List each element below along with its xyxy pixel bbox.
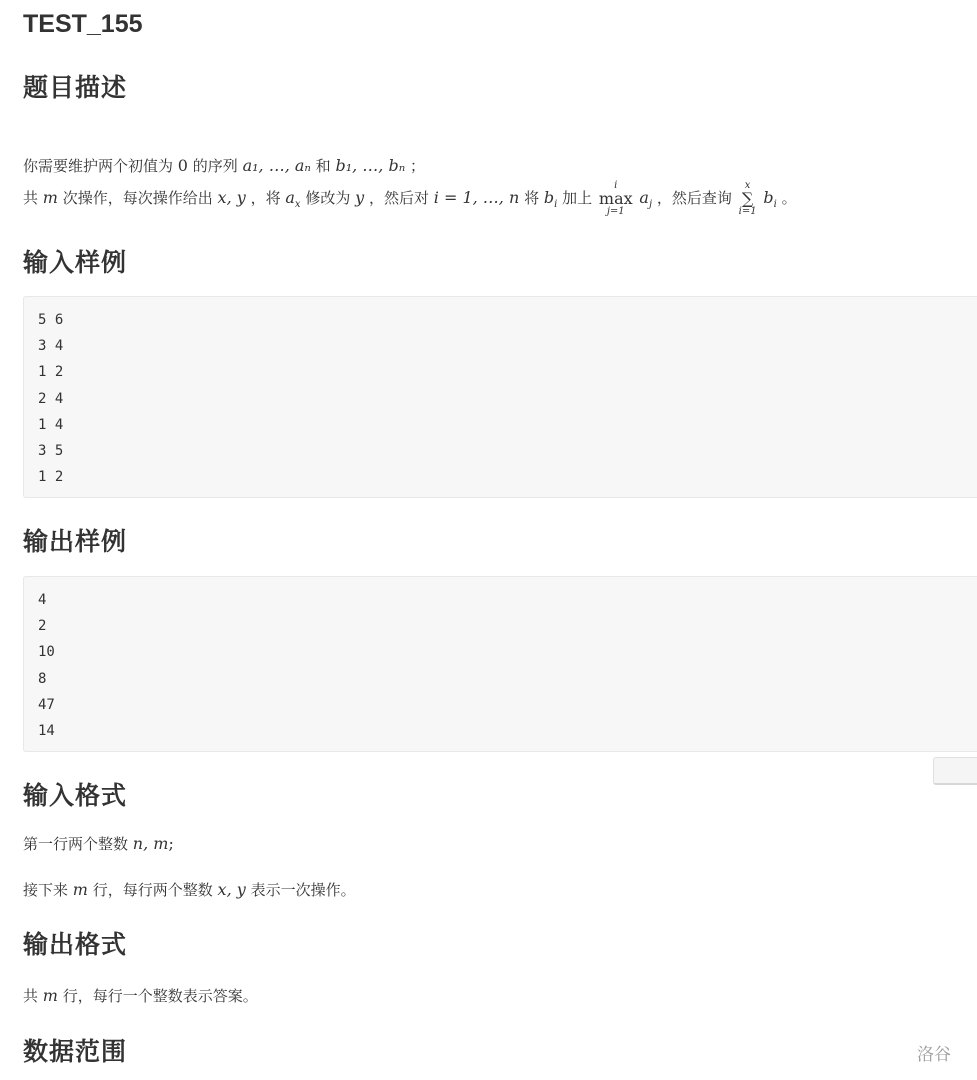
code-line: 14: [38, 718, 969, 744]
copy-button[interactable]: [933, 757, 977, 785]
code-line: 5 6: [38, 307, 969, 333]
input-format-line-2: 接下来 m 行，每行两个整数 x, y 表示一次操作。: [23, 879, 356, 900]
code-line: 3 5: [38, 438, 969, 464]
math-seq-b: b₁, …, bₙ: [335, 156, 405, 175]
code-line: 47: [38, 692, 969, 718]
code-line: 3 4: [38, 333, 969, 359]
code-line: 1 2: [38, 464, 969, 490]
heading-output-format: 输出格式: [23, 925, 127, 961]
luogu-watermark: 洛谷: [917, 1040, 951, 1065]
code-line: 2 4: [38, 386, 969, 412]
math-max-operator: i max j=1: [599, 181, 633, 217]
code-line: 4: [38, 587, 969, 613]
heading-description: 题目描述: [23, 68, 127, 104]
math-sum-operator: x ∑ i=1: [739, 181, 757, 217]
sample-output-code-block[interactable]: 4 2 10 8 47 14: [23, 576, 977, 752]
problem-title: TEST_155: [23, 10, 143, 39]
code-line: 2: [38, 613, 969, 639]
code-line: 1 2: [38, 359, 969, 385]
code-line: 1 4: [38, 412, 969, 438]
sample-input-code-block[interactable]: 5 6 3 4 1 2 2 4 1 4 3 5 1 2: [23, 296, 977, 498]
heading-data-range: 数据范围: [23, 1032, 127, 1068]
math-ax: ax: [285, 188, 300, 207]
description-line-2: 共 m 次操作，每次操作给出 x, y ，将 ax 修改为 y ，然后对 i =…: [23, 174, 797, 229]
input-format-line-1: 第一行两个整数 n, m;: [23, 833, 174, 854]
heading-sample-input: 输入样例: [23, 243, 127, 279]
math-seq-a: a₁, …, aₙ: [243, 156, 311, 175]
description-line-1: 你需要维护两个初值为 0 的序列 a₁, …, aₙ 和 b₁, …, bₙ ；: [23, 155, 425, 176]
code-line: 8: [38, 666, 969, 692]
code-line: 10: [38, 639, 969, 665]
output-format-line-1: 共 m 行，每行一个整数表示答案。: [23, 985, 258, 1006]
heading-input-format: 输入格式: [23, 776, 127, 812]
heading-sample-output: 输出样例: [23, 522, 127, 558]
